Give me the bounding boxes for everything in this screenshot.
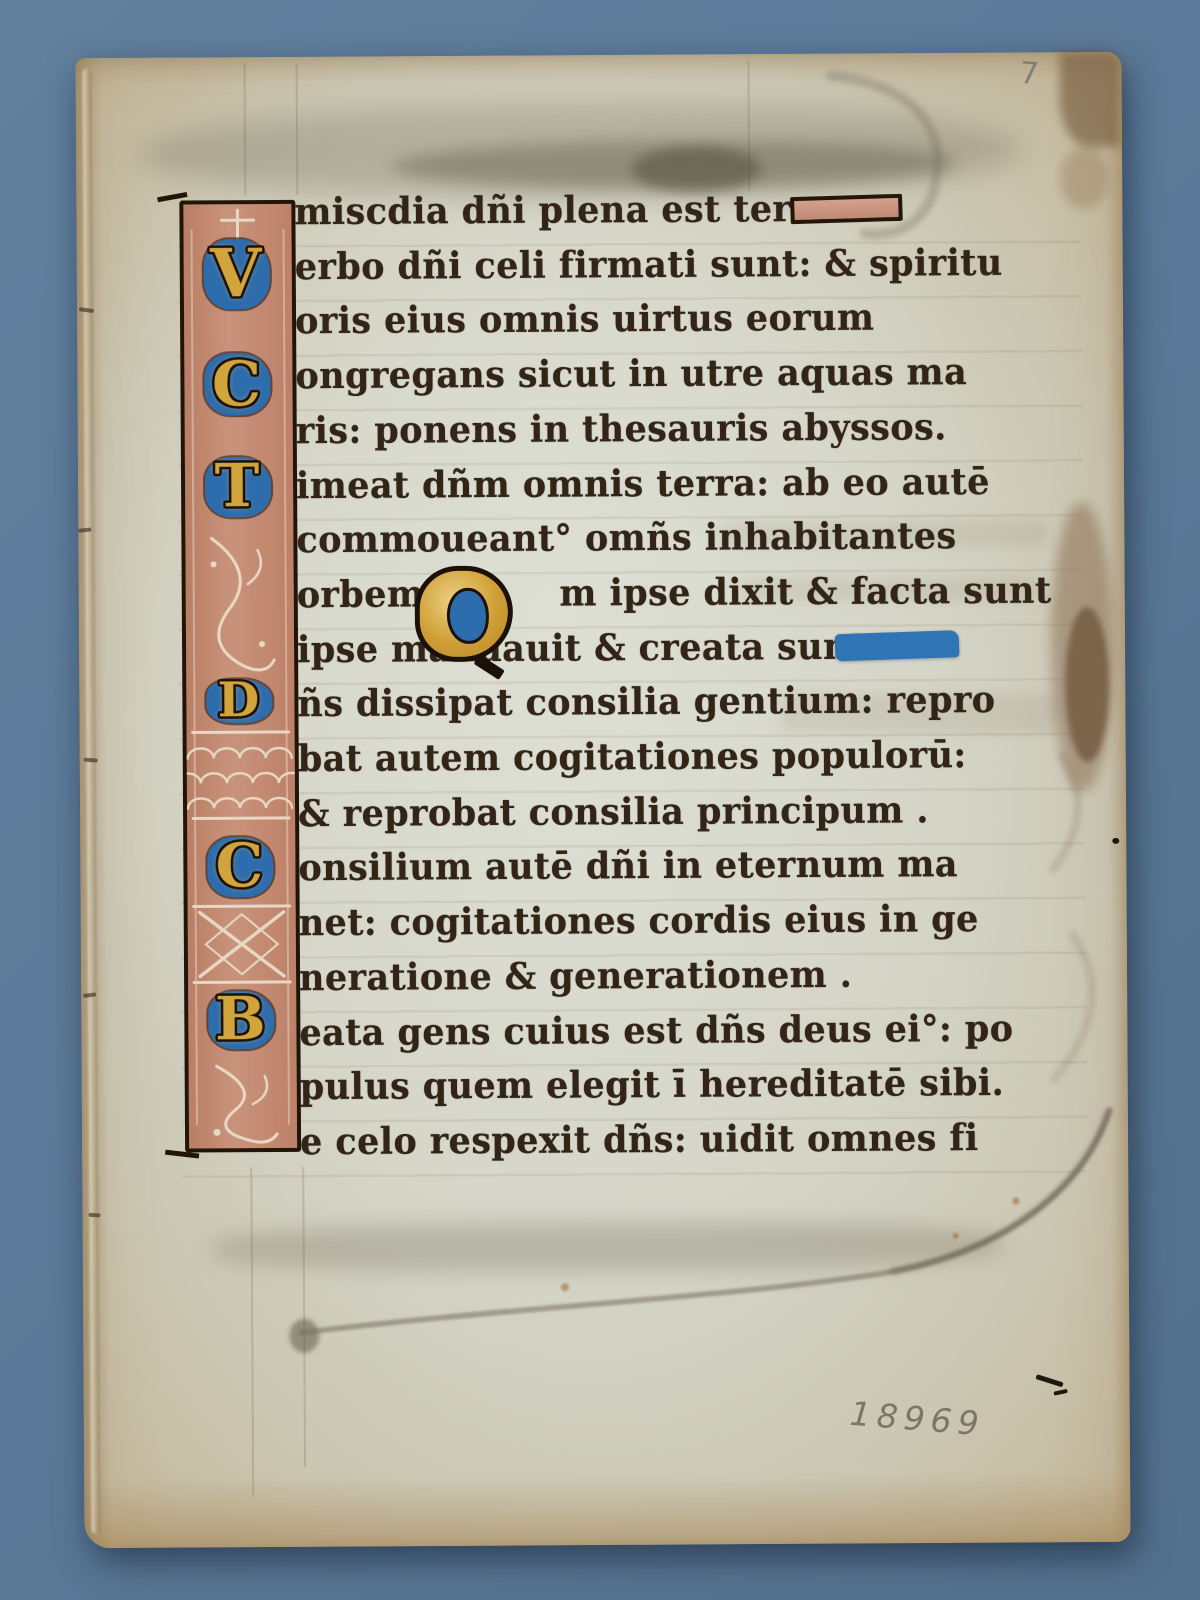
initial-glyph: C xyxy=(212,347,262,420)
text-line-7: commoueant° omñs inhabitantes xyxy=(296,515,956,572)
sewing-tick xyxy=(88,1213,100,1218)
ruling-vertical xyxy=(243,63,246,195)
leaf-deckle-ridge xyxy=(83,68,101,1534)
sewing-tick xyxy=(83,992,96,998)
text-line-17: pulus quem elegit ī hereditatē sibi. xyxy=(300,1061,1005,1118)
stain-top-streak xyxy=(391,139,957,190)
text-line-2: erbo dñi celi firmati sunt: & spiritu xyxy=(295,241,1003,298)
ruling-vertical xyxy=(302,1167,306,1467)
manuscript-leaf: V C T D C B miscdia dñi plena est terra … xyxy=(75,52,1130,1548)
text-line-6: imeat dñm omnis terra: ab eo autē xyxy=(296,460,990,517)
text-line-9: ipse mandauit & creata sunt. xyxy=(297,625,878,681)
text-line-4: ongregans sicut in utre aquas ma xyxy=(295,351,967,408)
initial-glyph: C xyxy=(215,831,263,901)
bar-initial-d: D xyxy=(193,669,283,732)
inline-initial-q xyxy=(415,566,514,663)
bar-initial-t: T xyxy=(192,447,282,526)
sewing-tick xyxy=(84,758,98,763)
q-blue-counter xyxy=(447,588,489,644)
leaf-edge-left xyxy=(75,58,110,1548)
stain-top-band xyxy=(136,100,1027,201)
text-line-10: ñs dissipat consilia gentium: repro xyxy=(297,678,995,735)
line-filler-pink xyxy=(790,194,903,224)
stain-right-edge-core xyxy=(1065,607,1110,762)
stain-right-edge xyxy=(1050,502,1114,792)
ruling-vertical xyxy=(295,63,298,195)
initial-glyph: D xyxy=(217,672,259,728)
ink-mark xyxy=(1053,1389,1068,1396)
foxing-spot xyxy=(1012,1197,1019,1204)
leaf-edge-right xyxy=(1103,52,1130,1542)
bar-initial-b: B xyxy=(195,981,285,1058)
ruling-vertical xyxy=(747,60,750,190)
initial-glyph: V xyxy=(210,234,262,312)
foxing-spot xyxy=(953,1233,959,1239)
text-line-13: onsilium autē dñi in eternum ma xyxy=(298,843,958,900)
initial-glyph: B xyxy=(215,984,266,1054)
text-line-18: e celo respexit dñs: uidit omnes fi xyxy=(300,1116,979,1173)
initial-glyph: T xyxy=(215,451,260,521)
stain-bottom-band xyxy=(213,1221,1003,1274)
text-line-8-post: m ipse dixit & facta sunt xyxy=(559,569,1051,615)
text-line-16: eata gens cuius est dñs deus ei°: po xyxy=(299,1007,1013,1064)
text-line-3: oris eius omnis uirtus eorum xyxy=(295,296,875,352)
bar-initial-c: C xyxy=(191,343,281,424)
text-line-1: miscdia dñi plena est terra xyxy=(294,187,833,243)
text-line-5: ris: ponens in thesauris abyssos. xyxy=(296,406,947,462)
sewing-tick xyxy=(79,307,94,313)
ruling-vertical xyxy=(250,1167,254,1497)
stain-right-upper xyxy=(1060,147,1108,209)
folio-number: 7 xyxy=(1018,56,1040,92)
photo-background: V C T D C B miscdia dñi plena est terra … xyxy=(0,0,1200,1600)
ink-dot xyxy=(1112,838,1119,844)
leaf-edge-bottom xyxy=(84,1472,1130,1548)
line-filler-blue xyxy=(835,630,960,661)
ink-mark xyxy=(1035,1374,1063,1387)
stain-corner-top-right xyxy=(1059,52,1120,147)
sewing-tick xyxy=(78,527,91,532)
text-line-12: & reprobat consilia principum . xyxy=(298,789,929,845)
text-line-15: neratione & generationem . xyxy=(299,953,853,1009)
foxing-spot xyxy=(561,1283,569,1291)
leaf-edge-top xyxy=(75,52,1121,84)
text-line-8: orbem .m ipse dixit & facta sunt xyxy=(297,569,1052,626)
bar-initial-c2: C xyxy=(194,827,284,906)
bar-initial-v: V xyxy=(191,229,282,318)
stain-ink-blob xyxy=(289,1319,319,1353)
text-line-14: net: cogitationes cordis eius in ge xyxy=(299,897,979,954)
stain-top-knot xyxy=(631,146,761,193)
inventory-number: 18969 xyxy=(848,1394,986,1444)
text-line-11: bat autem cogitationes populorū: xyxy=(298,734,967,791)
